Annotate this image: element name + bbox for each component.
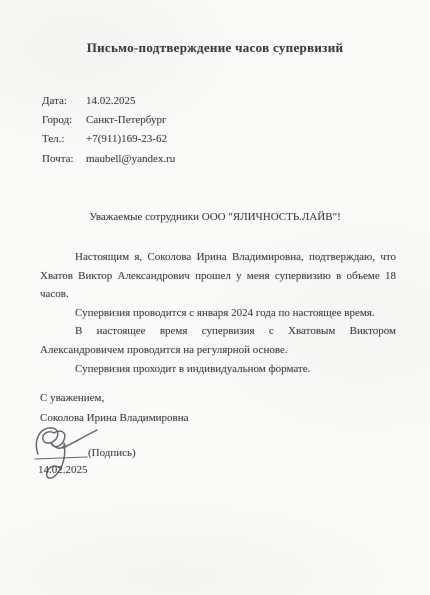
phone-label: Тел.: — [42, 133, 86, 145]
letter-document: Письмо-подтверждение часов супервизий Да… — [0, 0, 430, 595]
paragraph-period: Супервизия проводится с января 2024 года… — [40, 304, 396, 323]
meta-row-date: Дата: 14.02.2025 — [42, 91, 175, 110]
meta-row-email: Почта: maubell@yandex.ru — [42, 149, 175, 168]
greeting-line: Уважаемые сотрудники ООО "ЯЛИЧНОСТЬ.ЛАЙВ… — [0, 211, 430, 223]
city-label: Город: — [42, 114, 86, 126]
closing-date: 14.02.2025 — [38, 464, 88, 476]
city-value: Санкт-Петербург — [86, 114, 166, 126]
closing-name: Соколова Ирина Владимировна — [40, 412, 189, 424]
paragraph-regular-basis: В настоящее время супервизия с Хватовым … — [40, 322, 396, 359]
signature-caption: (Подпись) — [88, 447, 136, 459]
paragraph-format: Супервизия проходит в индивидуальном фор… — [40, 360, 396, 379]
closing-regards: С уважением, — [40, 392, 104, 404]
email-label: Почта: — [42, 153, 86, 165]
meta-row-city: Город: Санкт-Петербург — [42, 110, 175, 129]
paragraph-confirmation: Настоящим я, Соколова Ирина Владимировна… — [40, 248, 396, 304]
body-paragraphs: Настоящим я, Соколова Ирина Владимировна… — [40, 248, 396, 378]
email-value: maubell@yandex.ru — [86, 153, 175, 165]
date-label: Дата: — [42, 95, 86, 107]
meta-row-phone: Тел.: +7(911)169-23-62 — [42, 130, 175, 149]
date-value: 14.02.2025 — [86, 95, 136, 107]
document-title: Письмо-подтверждение часов супервизий — [0, 40, 430, 56]
contact-info-block: Дата: 14.02.2025 Город: Санкт-Петербург … — [42, 91, 175, 169]
phone-value: +7(911)169-23-62 — [86, 133, 167, 145]
